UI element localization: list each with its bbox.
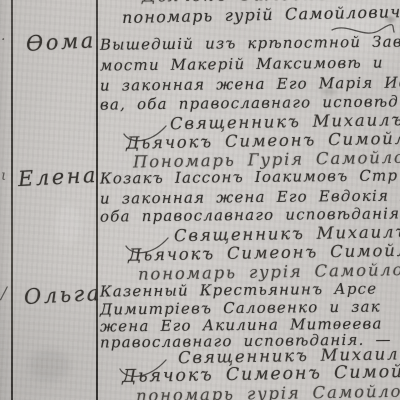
- margin-mark: /: [1, 284, 7, 304]
- paper-stain: [30, 350, 70, 380]
- register-page: . ι / Дьячокъ Симеонъ Симойлов пономарь …: [0, 0, 400, 400]
- entry-body-line: Козакъ Іассонъ Іоакимовъ Стр: [100, 166, 398, 187]
- margin-mark: ι: [1, 168, 7, 184]
- entry-name: Ольга: [23, 281, 102, 309]
- entry-body-line: мости Макерій Максимовѣ и: [100, 54, 384, 75]
- entry-body-line: и законная жена Его Марія Ива: [100, 73, 400, 94]
- margin-mark: .: [1, 28, 5, 44]
- entry-name: Елена: [17, 163, 98, 191]
- entry-name: Ѳома: [25, 28, 96, 56]
- entry-body-line: Вышедшій изъ крѣпостной Зависи: [100, 32, 400, 53]
- column-rule-names: [96, 0, 98, 400]
- paper-stain: [55, 205, 81, 245]
- column-rule-left: [11, 0, 13, 400]
